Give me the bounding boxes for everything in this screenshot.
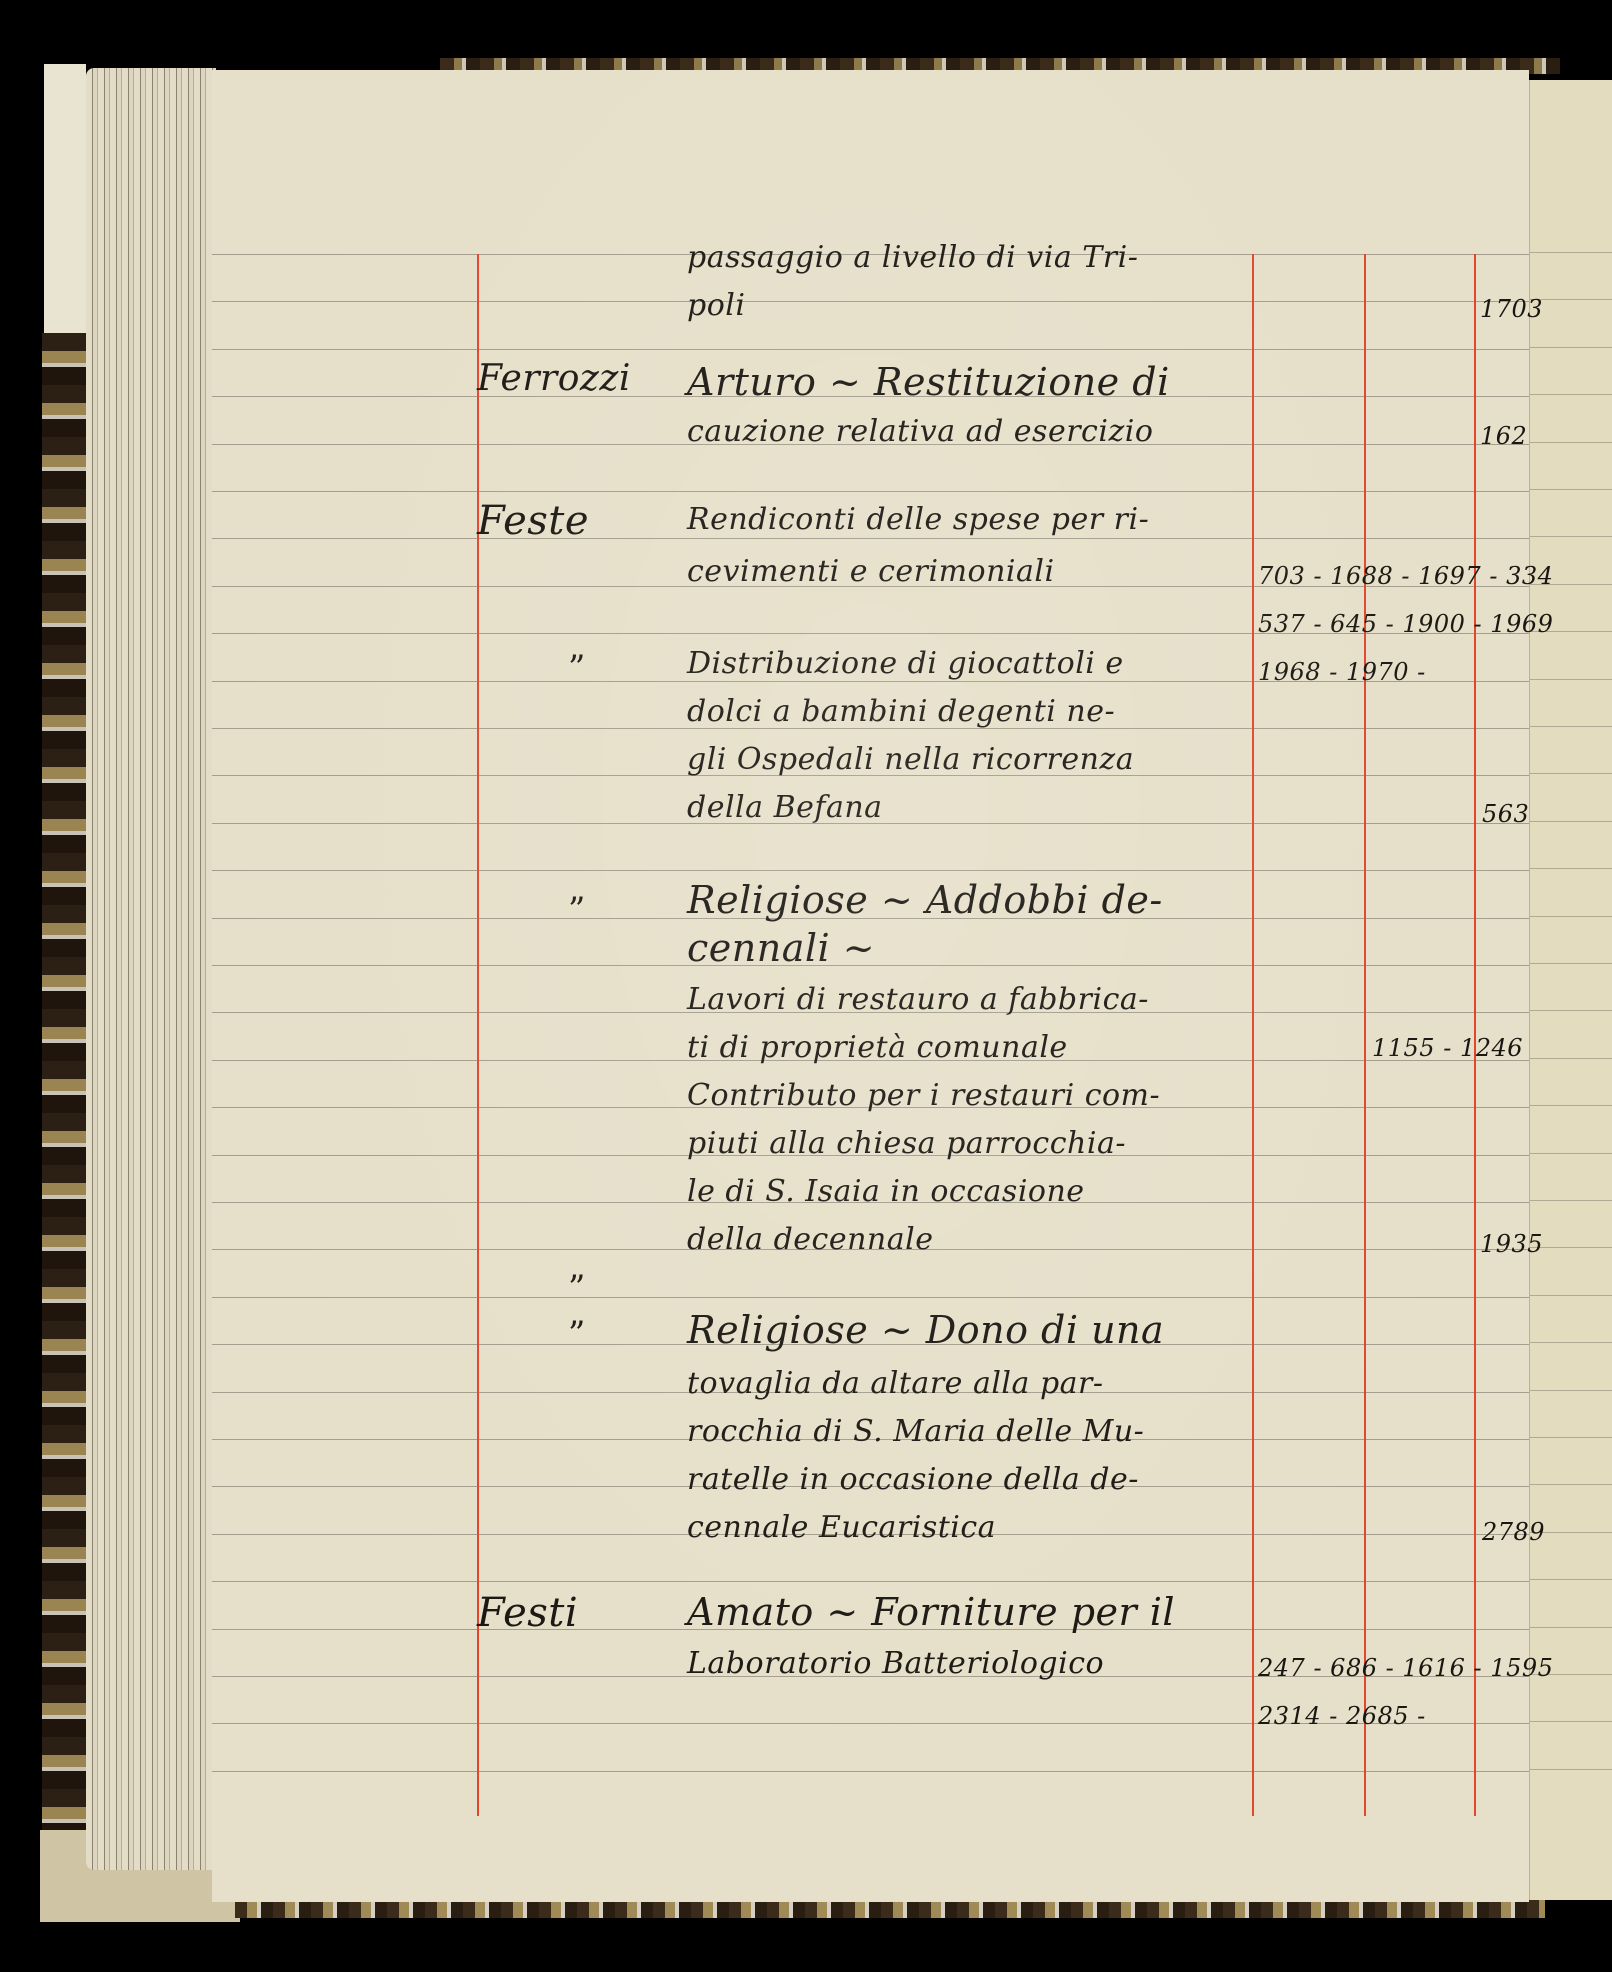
ruled-line — [1530, 394, 1612, 395]
entry-description-line: cennale Eucaristica — [687, 1510, 996, 1545]
ruled-line — [1530, 1010, 1612, 1011]
entry-description-line: piuti alla chiesa parrocchia- — [687, 1126, 1126, 1161]
ruled-line — [212, 823, 1529, 824]
ruled-line — [1530, 536, 1612, 537]
ruled-line — [1530, 1153, 1612, 1154]
ruled-line — [212, 1155, 1529, 1156]
entry-description-line: ratelle in occasione della de- — [687, 1462, 1139, 1497]
entry-description-line: gli Ospedali nella ricorrenza — [687, 742, 1134, 777]
entry-page-number: 1703 — [1480, 295, 1543, 323]
ruled-line — [212, 1723, 1529, 1724]
ruled-line — [212, 1344, 1529, 1345]
entry-page-number: 162 — [1480, 422, 1527, 450]
entry-page-number: 563 — [1482, 800, 1529, 828]
entry-description-line: Amato ~ Forniture per il — [687, 1590, 1175, 1634]
entry-description-line: cevimenti e cerimoniali — [687, 554, 1055, 589]
entry-description-line: cauzione relativa ad esercizio — [687, 414, 1153, 449]
ruled-line — [212, 586, 1529, 587]
ruled-line — [1530, 347, 1612, 348]
endpaper — [44, 64, 86, 334]
entry-description-line: Rendiconti delle spese per ri- — [687, 502, 1149, 537]
ruled-line — [1530, 1058, 1612, 1059]
ruled-line — [1530, 868, 1612, 869]
ruled-line — [1530, 442, 1612, 443]
ruled-line — [212, 349, 1529, 350]
ruled-line — [1530, 916, 1612, 917]
ditto-mark: ” — [568, 1268, 586, 1308]
ruled-line — [212, 1534, 1529, 1535]
entry-description-line: passaggio a livello di via Tri- — [687, 240, 1138, 275]
ruled-line — [212, 1297, 1529, 1298]
ruled-line — [212, 1771, 1529, 1772]
ditto-mark: ” — [568, 648, 586, 688]
entry-description-line: cennali ~ — [687, 926, 875, 970]
ruled-line — [1530, 679, 1612, 680]
ruled-line — [212, 1676, 1529, 1677]
ruled-line — [1530, 1200, 1612, 1201]
ruled-line — [212, 1581, 1529, 1582]
ruled-line — [1530, 489, 1612, 490]
entry-name: Festi — [477, 1590, 578, 1636]
book-cover-marbled-edge — [42, 333, 88, 1833]
adjacent-page — [1528, 80, 1612, 1900]
entry-description-line: ti di proprietà comunale — [687, 1030, 1068, 1065]
ruled-line — [1530, 1342, 1612, 1343]
column-rule-name — [477, 254, 479, 1816]
entry-description-line: Lavori di restauro a fabbrica- — [687, 982, 1149, 1017]
ditto-mark: ” — [568, 890, 586, 930]
column-rule-refs — [1364, 254, 1366, 1816]
entry-reference-numbers: 247 - 686 - 1616 - 1595 — [1258, 1654, 1553, 1682]
entry-reference-numbers: 1968 - 1970 - — [1258, 658, 1426, 686]
entry-description-line: della Befana — [687, 790, 883, 825]
entry-description-line: rocchia di S. Maria delle Mu- — [687, 1414, 1144, 1449]
ruled-line — [1530, 963, 1612, 964]
ruled-line — [212, 1629, 1529, 1630]
ruled-line — [212, 633, 1529, 634]
ruled-line — [212, 1012, 1529, 1013]
entry-reference-numbers: 2314 - 2685 - — [1258, 1702, 1426, 1730]
ruled-line — [1530, 1105, 1612, 1106]
entry-description-line: Arturo ~ Restituzione di — [687, 360, 1170, 404]
ruled-line — [1530, 1437, 1612, 1438]
entry-name: Ferrozzi — [477, 358, 631, 399]
entry-description-line: le di S. Isaia in occasione — [687, 1174, 1085, 1209]
ruled-line — [1530, 1721, 1612, 1722]
column-rule-description — [1252, 254, 1254, 1816]
ruled-line — [212, 1249, 1529, 1250]
ruled-line — [1530, 1484, 1612, 1485]
ruled-line — [212, 1439, 1529, 1440]
ruled-line — [1530, 726, 1612, 727]
ruled-line — [212, 301, 1529, 302]
book-cover-bottom-edge — [235, 1900, 1545, 1918]
ruled-line — [1530, 1579, 1612, 1580]
ruled-line — [1530, 1627, 1612, 1628]
entry-description-line: Contributo per i restauri com- — [687, 1078, 1160, 1113]
entry-description-line: poli — [687, 288, 745, 323]
ruled-line — [1530, 821, 1612, 822]
entry-description-line: Religiose ~ Addobbi de- — [687, 878, 1163, 922]
ditto-mark: ” — [568, 1314, 586, 1354]
ruled-line — [212, 1486, 1529, 1487]
entry-description-line: tovaglia da altare alla par- — [687, 1366, 1104, 1401]
ruled-line — [212, 1060, 1529, 1061]
ruled-line — [212, 1392, 1529, 1393]
ruled-line — [212, 965, 1529, 966]
ruled-line — [212, 681, 1529, 682]
entry-reference-numbers: 537 - 645 - 1900 - 1969 — [1258, 610, 1553, 638]
entry-name: Feste — [477, 498, 589, 544]
ruled-line — [212, 444, 1529, 445]
entry-description-line: della decennale — [687, 1222, 933, 1257]
stacked-page-edges — [86, 68, 216, 1870]
ruled-line — [212, 538, 1529, 539]
entry-description-line: dolci a bambini degenti ne- — [687, 694, 1115, 729]
ruled-line — [212, 1107, 1529, 1108]
ruled-line — [1530, 1390, 1612, 1391]
ruled-line — [212, 918, 1529, 919]
entry-reference-numbers: 1155 - 1246 — [1372, 1034, 1523, 1062]
ruled-line — [212, 775, 1529, 776]
ruled-line — [1530, 1295, 1612, 1296]
entry-description-line: Distribuzione di giocattoli e — [687, 646, 1124, 681]
column-rule-page — [1474, 254, 1476, 1816]
ledger-page: passaggio a livello di via Tri- poli 170… — [212, 70, 1529, 1902]
ruled-line — [1530, 773, 1612, 774]
ruled-line — [212, 254, 1529, 255]
entry-description-line: Laboratorio Batteriologico — [687, 1646, 1104, 1681]
ruled-line — [1530, 1769, 1612, 1770]
ruled-line — [212, 1202, 1529, 1203]
ruled-line — [212, 396, 1529, 397]
ruled-line — [212, 728, 1529, 729]
entry-page-number: 1935 — [1480, 1230, 1543, 1258]
ruled-line — [212, 491, 1529, 492]
entry-description-line: Religiose ~ Dono di una — [687, 1308, 1164, 1352]
ruled-line — [1530, 252, 1612, 253]
entry-page-number: 2789 — [1482, 1518, 1545, 1546]
entry-reference-numbers: 703 - 1688 - 1697 - 334 — [1258, 562, 1553, 590]
ruled-line — [212, 870, 1529, 871]
